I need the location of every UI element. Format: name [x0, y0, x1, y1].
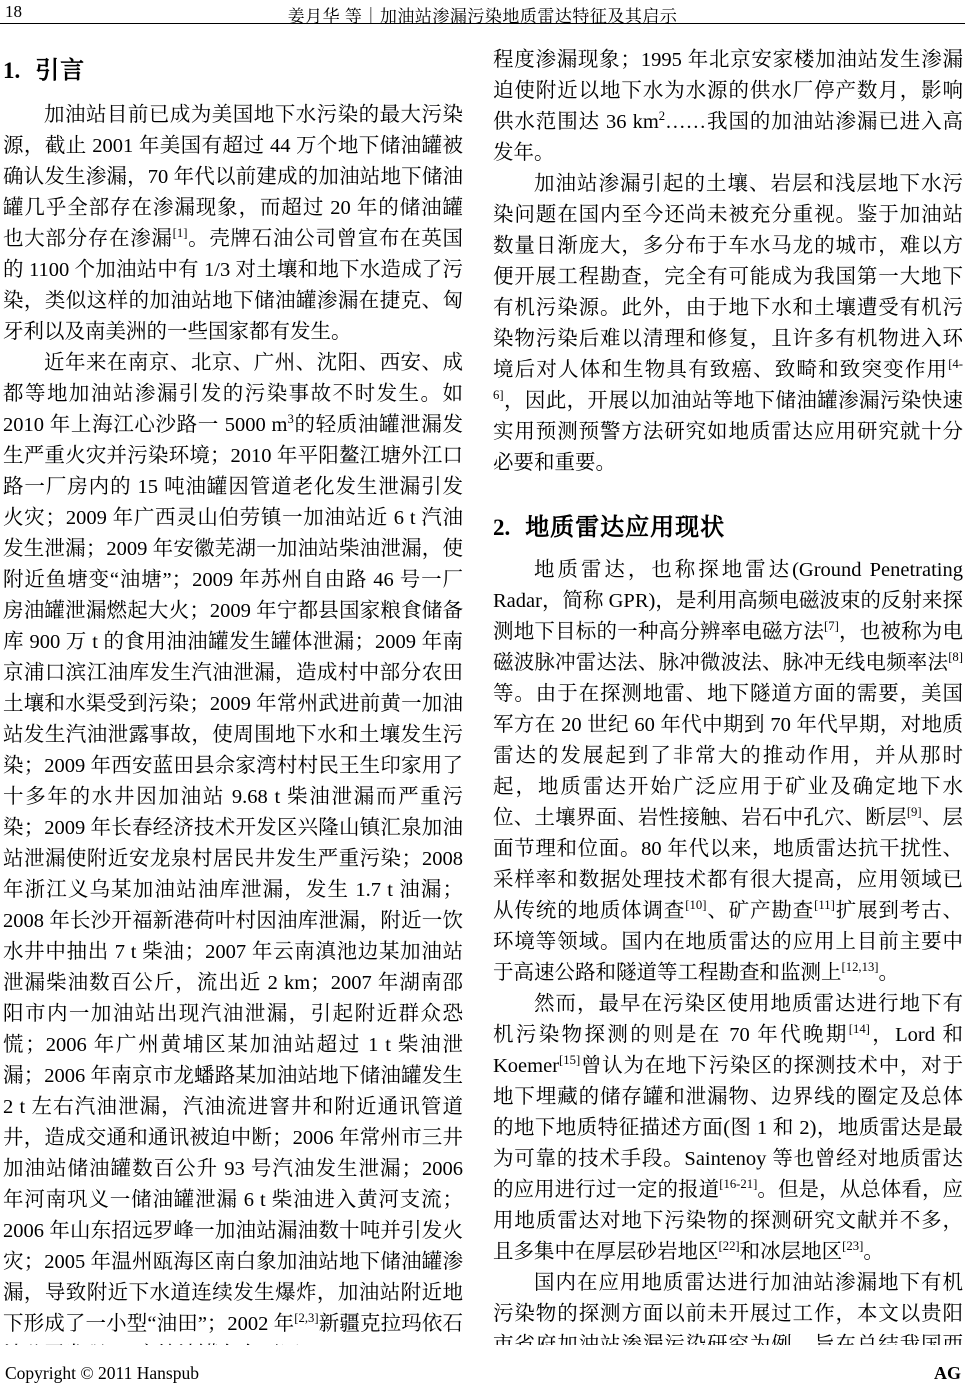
section-2-number: 2.	[493, 515, 510, 540]
left-column: 1.引言 加油站目前已成为美国地下水污染的最大污染源，截止 2001 年美国有超…	[3, 45, 463, 1345]
paragraph-intro-1: 加油站目前已成为美国地下水污染的最大污染源，截止 2001 年美国有超过 44 …	[3, 100, 463, 348]
paragraph-domestic-work: 国内在应用地质雷达进行加油站渗漏地下有机污染物的探测方面以前未开展过工作，本文以…	[493, 1268, 963, 1345]
right-column: 程度渗漏现象；1995 年北京安家楼加油站发生渗漏迫使附近以地下水为水源的供水厂…	[493, 45, 963, 1345]
paragraph-incidents: 近年来在南京、北京、广州、沈阳、西安、成都等地加油站渗漏引发的污染事故不时发生。…	[3, 348, 463, 1345]
paragraph-importance: 加油站渗漏引起的土壤、岩层和浅层地下水污染问题在国内至今还尚未被充分重视。鉴于加…	[493, 169, 963, 479]
paragraph-gpr-history: 地质雷达，也称探地雷达(Ground Penetrating Radar，简称 …	[493, 555, 963, 989]
section-1-heading: 1.引言	[3, 45, 463, 85]
section-2-title: 地质雷达应用现状	[525, 514, 725, 541]
section-1-title: 引言	[35, 57, 85, 84]
two-column-body: 1.引言 加油站目前已成为美国地下水污染的最大污染源，截止 2001 年美国有超…	[3, 45, 963, 1345]
section-1-number: 1.	[3, 58, 20, 83]
copyright-notice: Copyright © 2011 Hanspub	[5, 1363, 199, 1384]
section-2-heading: 2.地质雷达应用现状	[493, 507, 963, 542]
journal-abbrev: AG	[934, 1363, 961, 1384]
document-page: 18 姜月华 等｜加油站渗漏污染地质雷达特征及其启示 1.引言 加油站目前已成为…	[0, 0, 965, 1386]
running-title: 姜月华 等｜加油站渗漏污染地质雷达特征及其启示	[0, 2, 965, 27]
paragraph-gpr-pollution: 然而，最早在污染区使用地质雷达进行地下有机污染物探测的则是在 70 年代晚期[1…	[493, 989, 963, 1268]
paragraph-incidents-continued: 程度渗漏现象；1995 年北京安家楼加油站发生渗漏迫使附近以地下水为水源的供水厂…	[493, 45, 963, 169]
page-footer: Copyright © 2011 Hanspub AG	[5, 1363, 961, 1384]
page-header: 18 姜月华 等｜加油站渗漏污染地质雷达特征及其启示	[0, 0, 965, 24]
